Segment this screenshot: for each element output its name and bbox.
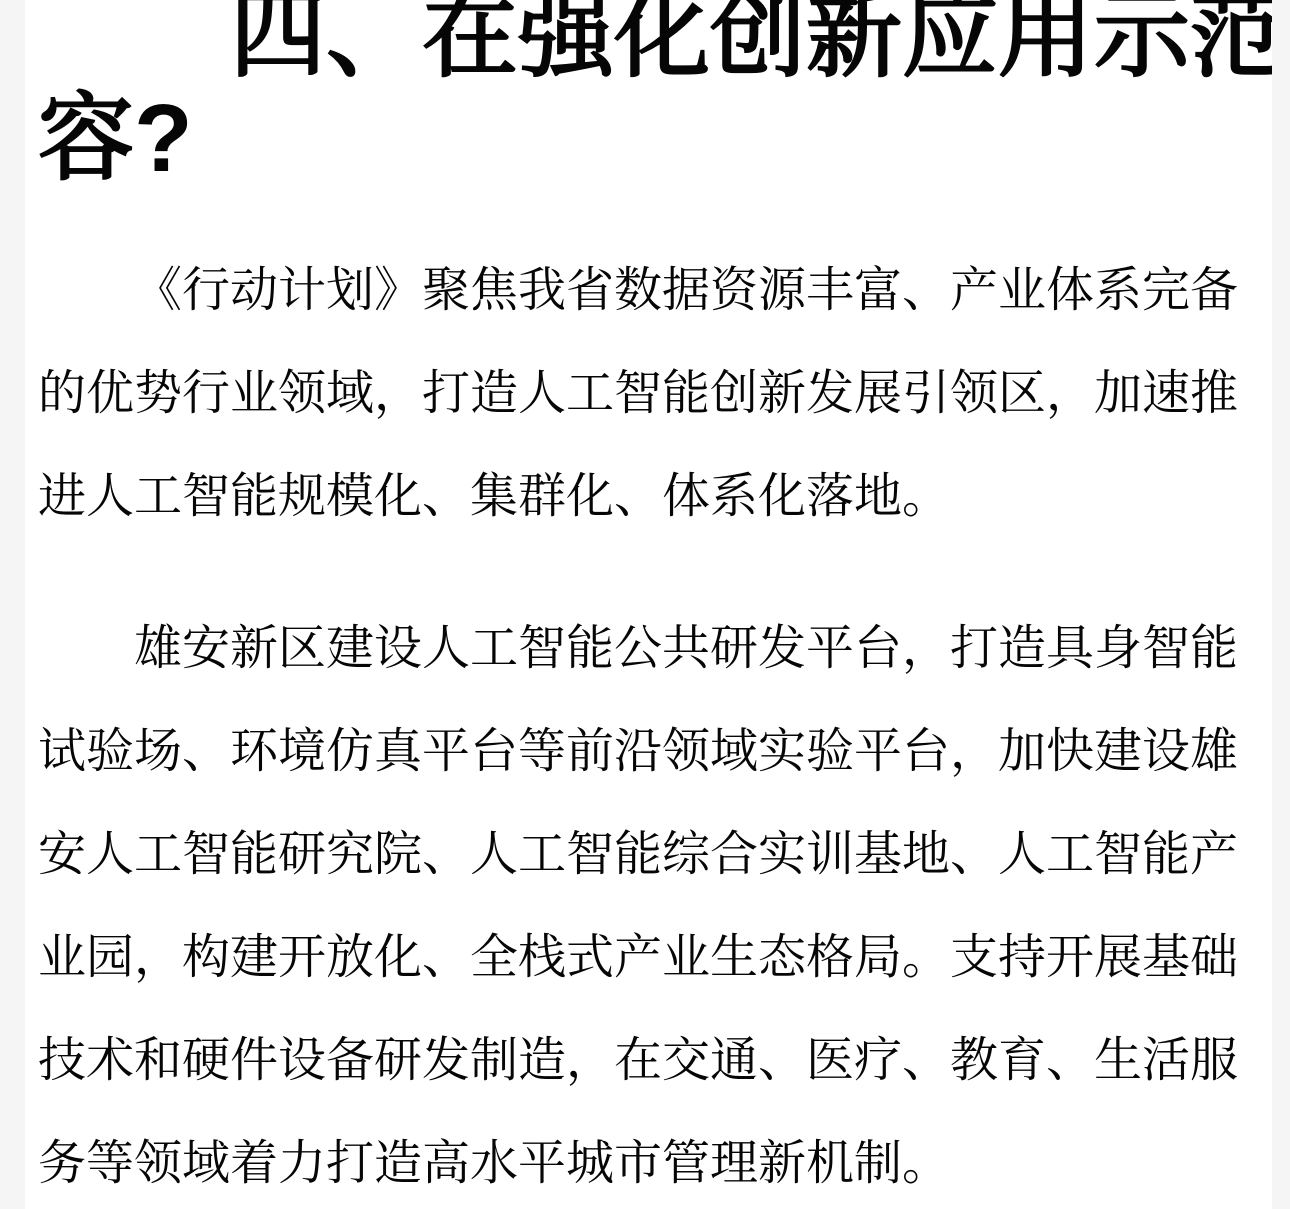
text-line: 务等领域着力打造高水平城市管理新机制。 [38, 1112, 1250, 1209]
text-line: 技术和硬件设备研发制造，在交通、医疗、教育、生活服 [38, 1009, 1250, 1112]
article-content: 四、在强化创新应用示范方面还有哪些具体建设内容? 《行动计划》聚焦我省数据资源丰… [25, 0, 1272, 1209]
text-line: 雄安新区建设人工智能公共研发平台，打造具身智能 [38, 597, 1250, 700]
paragraph-details: 雄安新区建设人工智能公共研发平台，打造具身智能试验场、环境仿真平台等前沿领域实验… [38, 597, 1250, 1209]
text-line: 容? [38, 87, 1250, 190]
section-heading: 四、在强化创新应用示范方面还有哪些具体建设内容? [38, 0, 1250, 190]
paragraph-intro: 《行动计划》聚焦我省数据资源丰富、产业体系完备的优势行业领域，打造人工智能创新发… [38, 239, 1250, 548]
article-body: 四、在强化创新应用示范方面还有哪些具体建设内容? 《行动计划》聚焦我省数据资源丰… [38, 0, 1250, 1209]
text-line: 《行动计划》聚焦我省数据资源丰富、产业体系完备 [38, 239, 1250, 342]
article-page: 四、在强化创新应用示范方面还有哪些具体建设内容? 《行动计划》聚焦我省数据资源丰… [0, 0, 1290, 1209]
text-line: 安人工智能研究院、人工智能综合实训基地、人工智能产 [38, 803, 1250, 906]
text-line: 进人工智能规模化、集群化、体系化落地。 [38, 445, 1250, 548]
text-line: 试验场、环境仿真平台等前沿领域实验平台，加快建设雄 [38, 700, 1250, 803]
text-line: 四、在强化创新应用示范方面还有哪些具体建设内 [38, 0, 1250, 87]
text-line: 的优势行业领域，打造人工智能创新发展引领区，加速推 [38, 342, 1250, 445]
text-line: 业园，构建开放化、全栈式产业生态格局。支持开展基础 [38, 906, 1250, 1009]
